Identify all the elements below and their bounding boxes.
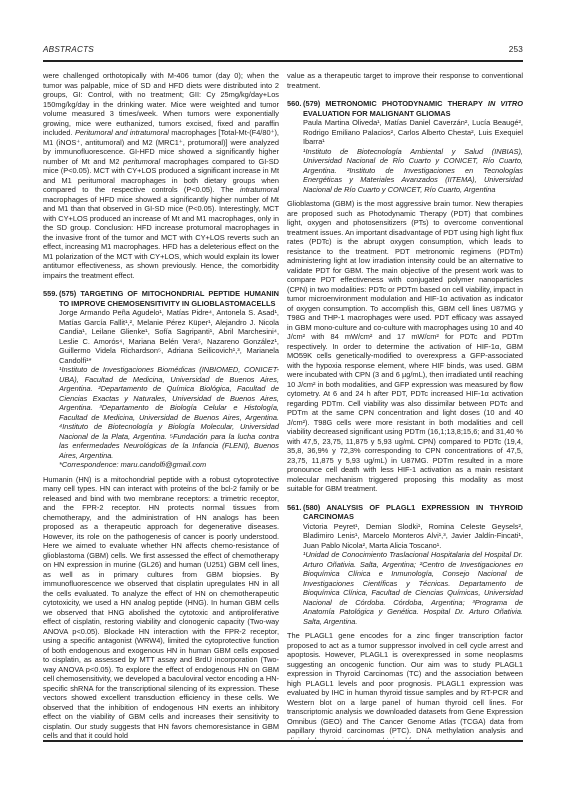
abstract-title: (579) METRONOMIC PHOTODYNAMIC THERAPY IN… — [303, 99, 523, 118]
abstract-number: 560. — [287, 99, 301, 109]
abstract-559-heading: 559. (575) TARGETING OF MITOCHONDRIAL PE… — [43, 289, 279, 308]
abstract-559-authors: Jorge Armando Peña Agudelo¹, Matías Pidr… — [43, 308, 279, 365]
abstracts-page: ABSTRACTS 253 were challenged orthotopic… — [0, 0, 566, 793]
abstract-561-authors: Victoria Peyret¹, Demian Slodki¹, Romina… — [287, 522, 523, 551]
right-column: value as a therapeutic target to improve… — [287, 71, 523, 739]
abstract-559-body: Humanin (HN) is a mitochondrial peptide … — [43, 475, 279, 740]
abstract-560-heading: 560. (579) METRONOMIC PHOTODYNAMIC THERA… — [287, 99, 523, 118]
running-title: ABSTRACTS — [43, 45, 94, 54]
abstract-559: 559. (575) TARGETING OF MITOCHONDRIAL PE… — [43, 289, 279, 739]
abstract-560-body: Glioblastoma (GBM) is the most aggressiv… — [287, 199, 523, 494]
abstract-560-affiliations: ¹Instituto de Biotecnología Ambiental y … — [287, 147, 523, 195]
abstract-561-body: The PLAGL1 gene encodes for a zinc finge… — [287, 631, 523, 739]
abstract-559-correspondence: *Correspondence: maru.candolfi@gmail.com — [43, 460, 279, 470]
header-rule — [43, 60, 523, 62]
abstract-560-authors: Paula Martina Oliveda¹, Matías Daniel Ca… — [287, 118, 523, 147]
abstract-559-affiliations: ¹Instituto de Investigaciones Biomédicas… — [43, 365, 279, 460]
two-column-body: were challenged orthotopically with M-40… — [43, 71, 523, 739]
abstract-561: 561. (580) ANALYSIS OF PLAGL1 EXPRESSION… — [287, 503, 523, 740]
abstract-number: 561. — [287, 503, 301, 513]
running-header: ABSTRACTS 253 — [43, 0, 523, 54]
abstract-title: (580) ANALYSIS OF PLAGL1 EXPRESSION IN T… — [303, 503, 523, 522]
page-number: 253 — [509, 45, 523, 54]
abstract-number: 559. — [43, 289, 57, 299]
footer-rule — [43, 740, 523, 742]
abstract-559-body-continued: value as a therapeutic target to improve… — [287, 71, 523, 90]
abstract-title: (575) TARGETING OF MITOCHONDRIAL PEPTIDE… — [59, 289, 279, 308]
left-column: were challenged orthotopically with M-40… — [43, 71, 279, 739]
abstract-560: 560. (579) METRONOMIC PHOTODYNAMIC THERA… — [287, 99, 523, 494]
abstract-561-heading: 561. (580) ANALYSIS OF PLAGL1 EXPRESSION… — [287, 503, 523, 522]
abstract-561-affiliations: ¹Unidad de Conocimiento Traslacional Hos… — [287, 550, 523, 626]
continuation-paragraph: were challenged orthotopically with M-40… — [43, 71, 279, 280]
